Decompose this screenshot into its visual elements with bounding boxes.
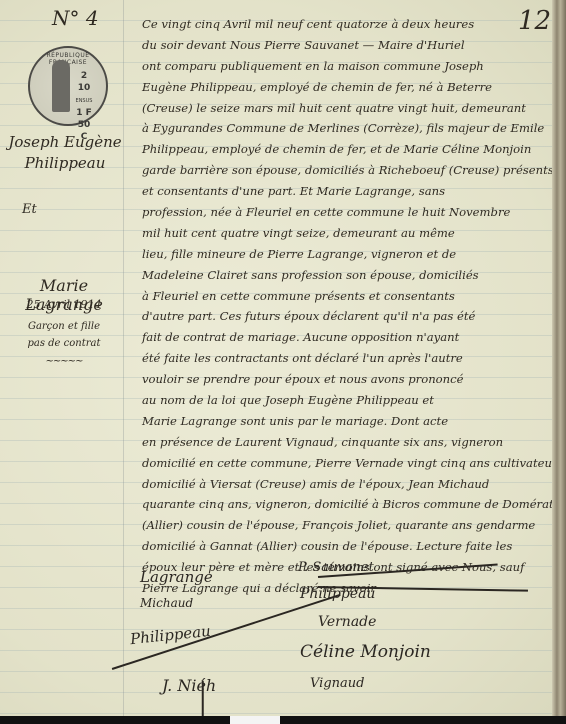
body-line: été faite les contractants ont déclaré l…	[142, 348, 522, 369]
body-line: mil huit cent quatre vingt seize, demeur…	[142, 223, 522, 244]
body-line: garde barrière son épouse, domiciliés à …	[142, 160, 522, 181]
body-line: Ce vingt cinq Avril mil neuf cent quator…	[142, 14, 522, 35]
margin-contract-text: pas de contrat	[27, 338, 100, 349]
body-line: profession, née à Fleuriel en cette comm…	[142, 202, 522, 223]
signature-celine-monjoin: Céline Monjoin	[300, 642, 431, 662]
body-line: et consentants d'une part. Et Marie Lagr…	[142, 181, 522, 202]
body-line: en présence de Laurent Vignaud, cinquant…	[142, 432, 522, 453]
signature-michaud: Michaud	[140, 596, 193, 610]
register-page: N° 4 129 RÉPUBLIQUE FRANÇAISE 2 10 ENSUS…	[0, 0, 566, 716]
fiscal-stamp-icon: RÉPUBLIQUE FRANÇAISE 2 10 ENSUS 1 F 50 C	[28, 46, 108, 126]
body-line: (Allier) cousin de l'épouse, François Jo…	[142, 515, 522, 536]
signature-vignaud: Vignaud	[310, 676, 364, 691]
body-line: quarante cinq ans, vigneron, domicilié à…	[142, 494, 522, 515]
book-binding-edge	[552, 0, 566, 716]
signature-witness: J. Niéh	[162, 676, 216, 695]
body-line: fait de contrat de mariage. Aucune oppos…	[142, 327, 522, 348]
body-line: lieu, fille mineure de Pierre Lagrange, …	[142, 244, 522, 265]
bottom-border-gap	[230, 716, 280, 724]
body-line: à Fleuriel en cette commune présents et …	[142, 286, 522, 307]
signature-philippeau-groom: Philippeau	[129, 622, 211, 648]
body-line: Marie Lagrange sont unis par le mariage.…	[142, 411, 522, 432]
acte-number: N° 4	[52, 6, 99, 30]
body-line: domicilié en cette commune, Pierre Verna…	[142, 453, 522, 474]
body-line: (Creuse) le seize mars mil huit cent qua…	[142, 98, 522, 119]
signature-lagrange: Lagrange	[140, 568, 213, 586]
body-line: du soir devant Nous Pierre Sauvanet — Ma…	[142, 35, 522, 56]
bottom-border	[0, 716, 566, 724]
signature-tail	[202, 681, 204, 717]
body-line: Philippeau, employé de chemin de fer, et…	[142, 139, 522, 160]
body-line: à Eygurandes Commune de Merlines (Corrèz…	[142, 118, 522, 139]
margin-mark: ~~~~~	[44, 356, 84, 367]
body-line: vouloir se prendre pour époux et nous av…	[142, 369, 522, 390]
margin-groom-name: Joseph Eugène Philippeau	[6, 132, 124, 174]
body-line: au nom de la loi que Joseph Eugène Phili…	[142, 390, 522, 411]
stamp-value-1-sub: ENSUS	[76, 98, 93, 104]
signature-vernade: Vernade	[318, 614, 376, 630]
margin-status: Garçon et fille pas de contrat	[4, 318, 124, 352]
body-line: domicilié à Gannat (Allier) cousin de l'…	[142, 536, 522, 557]
body-line: domicilié à Viersat (Creuse) amis de l'é…	[142, 474, 522, 495]
margin-date: 25 Avril 1914	[4, 298, 124, 311]
marianne-figure-icon	[52, 60, 70, 112]
stamp-value-1: 2 10	[78, 71, 91, 93]
margin-rule	[123, 0, 124, 716]
body-line: ont comparu publiquement en la maison co…	[142, 56, 522, 77]
body-line: d'autre part. Ces futurs époux déclarent…	[142, 306, 522, 327]
signature-philippeau-bride: Philippeau	[300, 586, 375, 602]
body-line: Madeleine Clairet sans profession son ép…	[142, 265, 522, 286]
margin-conjunction: Et	[22, 202, 37, 217]
margin-status-text: Garçon et fille	[28, 321, 100, 332]
acte-body: Ce vingt cinq Avril mil neuf cent quator…	[142, 14, 522, 599]
body-line: Eugène Philippeau, employé de chemin de …	[142, 77, 522, 98]
